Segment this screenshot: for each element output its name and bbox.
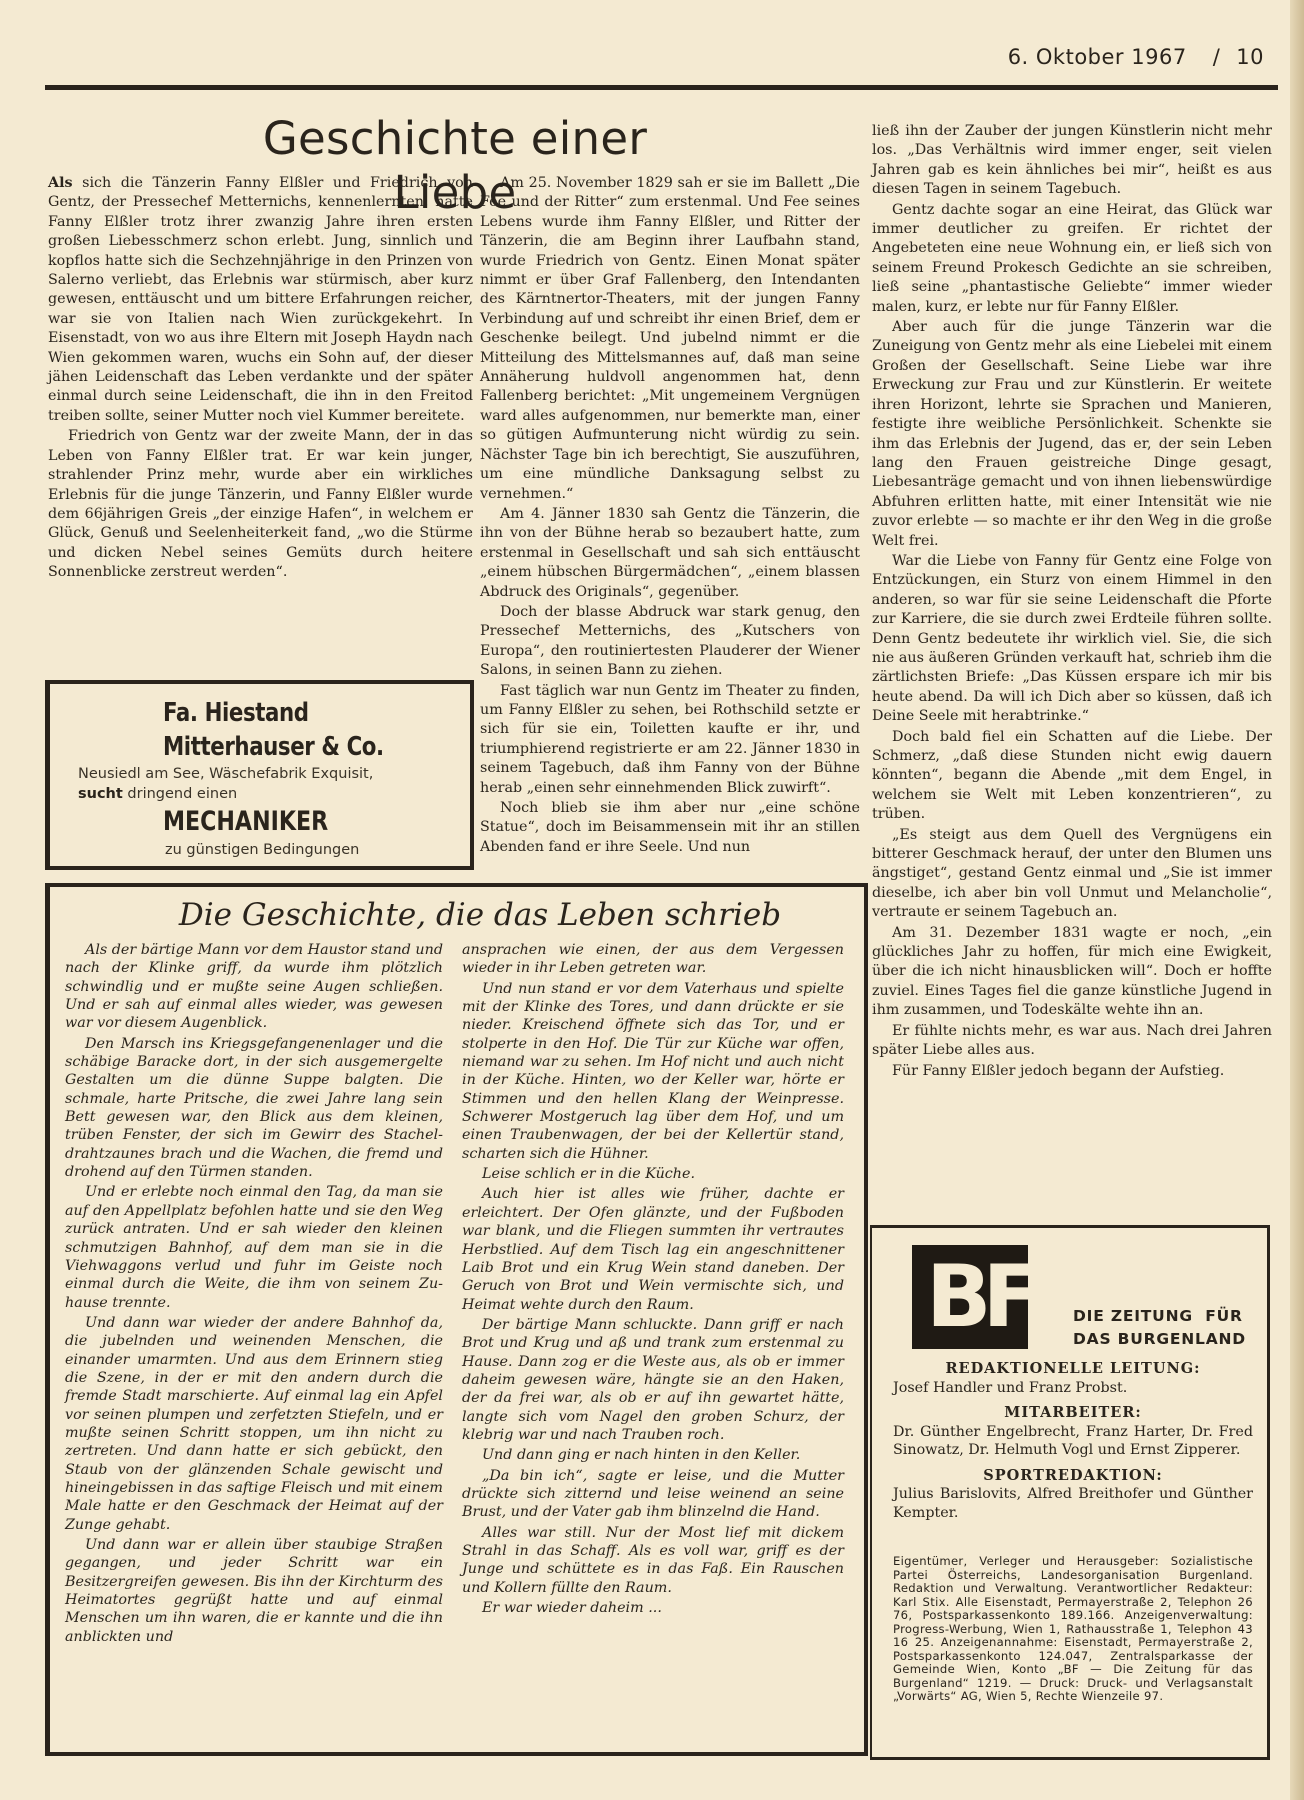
job-advertisement: Fa. Hiestand Mitterhauser & Co. Neusiedl… [45, 680, 474, 870]
paragraph: Der bärtige Mann schluckte. Dann griff e… [462, 1316, 844, 1444]
paragraph: Friedrich von Gentz war der zweite Mann,… [48, 427, 473, 582]
paragraph: ließ ihn der Zauber der jungen Künstleri… [872, 122, 1272, 200]
paragraph: Und dann war wieder der andere Bahn­hof … [65, 1314, 443, 1534]
paragraph: Für Fanny Elßler jedoch begann der Auf­s… [872, 1062, 1272, 1081]
bf-logo-text: BF [926, 1249, 1032, 1345]
paragraph: Und dann war er allein über staubige Str… [65, 1536, 443, 1646]
issue-date: 6. Oktober 1967 [1008, 45, 1187, 69]
story-column-2: ansprachen wie einen, der aus dem Ver­ge… [462, 941, 844, 1619]
paragraph: „Da bin ich“, sagte er leise, und die Mu… [462, 1467, 844, 1522]
staff-heading: SPORTREDAKTION: [893, 1467, 1253, 1486]
paragraph: Aber auch für die junge Tänzerin war die… [872, 318, 1272, 551]
paragraph: Gentz dachte sogar an eine Heirat, das G… [872, 201, 1272, 317]
paragraph: Am 4. Jänner 1830 sah Gentz die Tänzerin… [480, 505, 860, 602]
page-number: 10 [1236, 45, 1264, 69]
paper-edge [1290, 0, 1304, 1800]
header-rule [45, 85, 1278, 90]
story-title: Die Geschichte, die das Leben schrieb [90, 895, 870, 935]
ad-location: Neusiedl am See, Wäschefabrik Exquisit, [78, 764, 470, 784]
paragraph: Doch bald fiel ein Schatten auf die Lieb… [872, 728, 1272, 825]
lead-word: Als [48, 175, 73, 191]
staff-heading: MITARBEITER: [893, 1404, 1253, 1423]
paragraph: Noch blieb sie ihm aber nur „eine schöne… [480, 799, 860, 857]
article-column-1: Als sich die Tänzerin Fanny Elßler und F… [48, 174, 473, 584]
paragraph: Auch hier ist alles wie früher, dachte e… [462, 1185, 844, 1313]
dateline: 6. Oktober 1967/10 [1008, 45, 1264, 69]
paragraph: Er fühlte nichts mehr, es war aus. Nach … [872, 1022, 1272, 1061]
imprint: Eigentümer, Verleger und Herausgeber: So… [893, 1555, 1253, 1704]
paragraph: Alles war still. Nur der Most lief mit d… [462, 1524, 844, 1597]
paragraph: Am 25. November 1829 sah er sie im Balle… [480, 174, 860, 504]
paragraph: Und dann ging er nach hinten in den Kell… [462, 1446, 844, 1464]
paragraph: War die Liebe von Fanny für Gentz eine F… [872, 552, 1272, 727]
paragraph: ansprachen wie einen, der aus dem Ver­ge… [462, 941, 844, 978]
masthead-staff: REDAKTIONELLE LEITUNG: Josef Handler und… [893, 1360, 1253, 1522]
date-separator: / [1213, 45, 1221, 69]
staff-names: Josef Handler und Franz Probst. [893, 1379, 1253, 1398]
staff-names: Julius Barislovits, Alfred Breithofer un… [893, 1485, 1253, 1522]
paragraph: „Es steigt aus dem Quell des Vergnügens … [872, 826, 1272, 923]
paragraph: Leise schlich er in die Küche. [462, 1165, 844, 1183]
paragraph: Und nun stand er vor dem Vaterhaus und s… [462, 980, 844, 1163]
bf-logo: BF [912, 1245, 1028, 1349]
article-column-3: ließ ihn der Zauber der jungen Künstleri… [872, 122, 1272, 1082]
ad-firm-name-2: Mitterhauser & Co. [163, 730, 415, 764]
article-column-2: Am 25. November 1829 sah er sie im Balle… [480, 174, 860, 858]
paragraph: Als der bärtige Mann vor dem Haustor sta… [65, 941, 443, 1033]
paragraph: Fast täglich war nun Gentz im Theater zu… [480, 682, 860, 798]
story-column-1: Als der bärtige Mann vor dem Haustor sta… [65, 941, 443, 1648]
ad-seeks: sucht dringend einen [78, 784, 470, 804]
paragraph: Doch der blasse Abdruck war stark genug,… [480, 603, 860, 681]
paragraph: Den Marsch ins Kriegsgefangenenlager und… [65, 1035, 443, 1182]
staff-heading: REDAKTIONELLE LEITUNG: [893, 1360, 1253, 1379]
paragraph: Als sich die Tänzerin Fanny Elßler und F… [48, 174, 473, 426]
masthead-tagline: DIE ZEITUNG FÜR DAS BURGENLAND [1073, 1305, 1246, 1351]
paragraph: Am 31. Dezember 1831 wagte er noch, „ein… [872, 924, 1272, 1021]
ad-conditions: zu günstigen Bedingungen [165, 840, 470, 860]
ad-job-title: MECHANIKER [163, 804, 415, 840]
paragraph: Er war wieder daheim ... [462, 1599, 844, 1617]
staff-names: Dr. Günther Engelbrecht, Franz Harter, D… [893, 1423, 1253, 1460]
ad-firm-name-1: Fa. Hiestand [163, 696, 415, 730]
paragraph: Und er erlebte noch einmal den Tag, da m… [65, 1183, 443, 1311]
